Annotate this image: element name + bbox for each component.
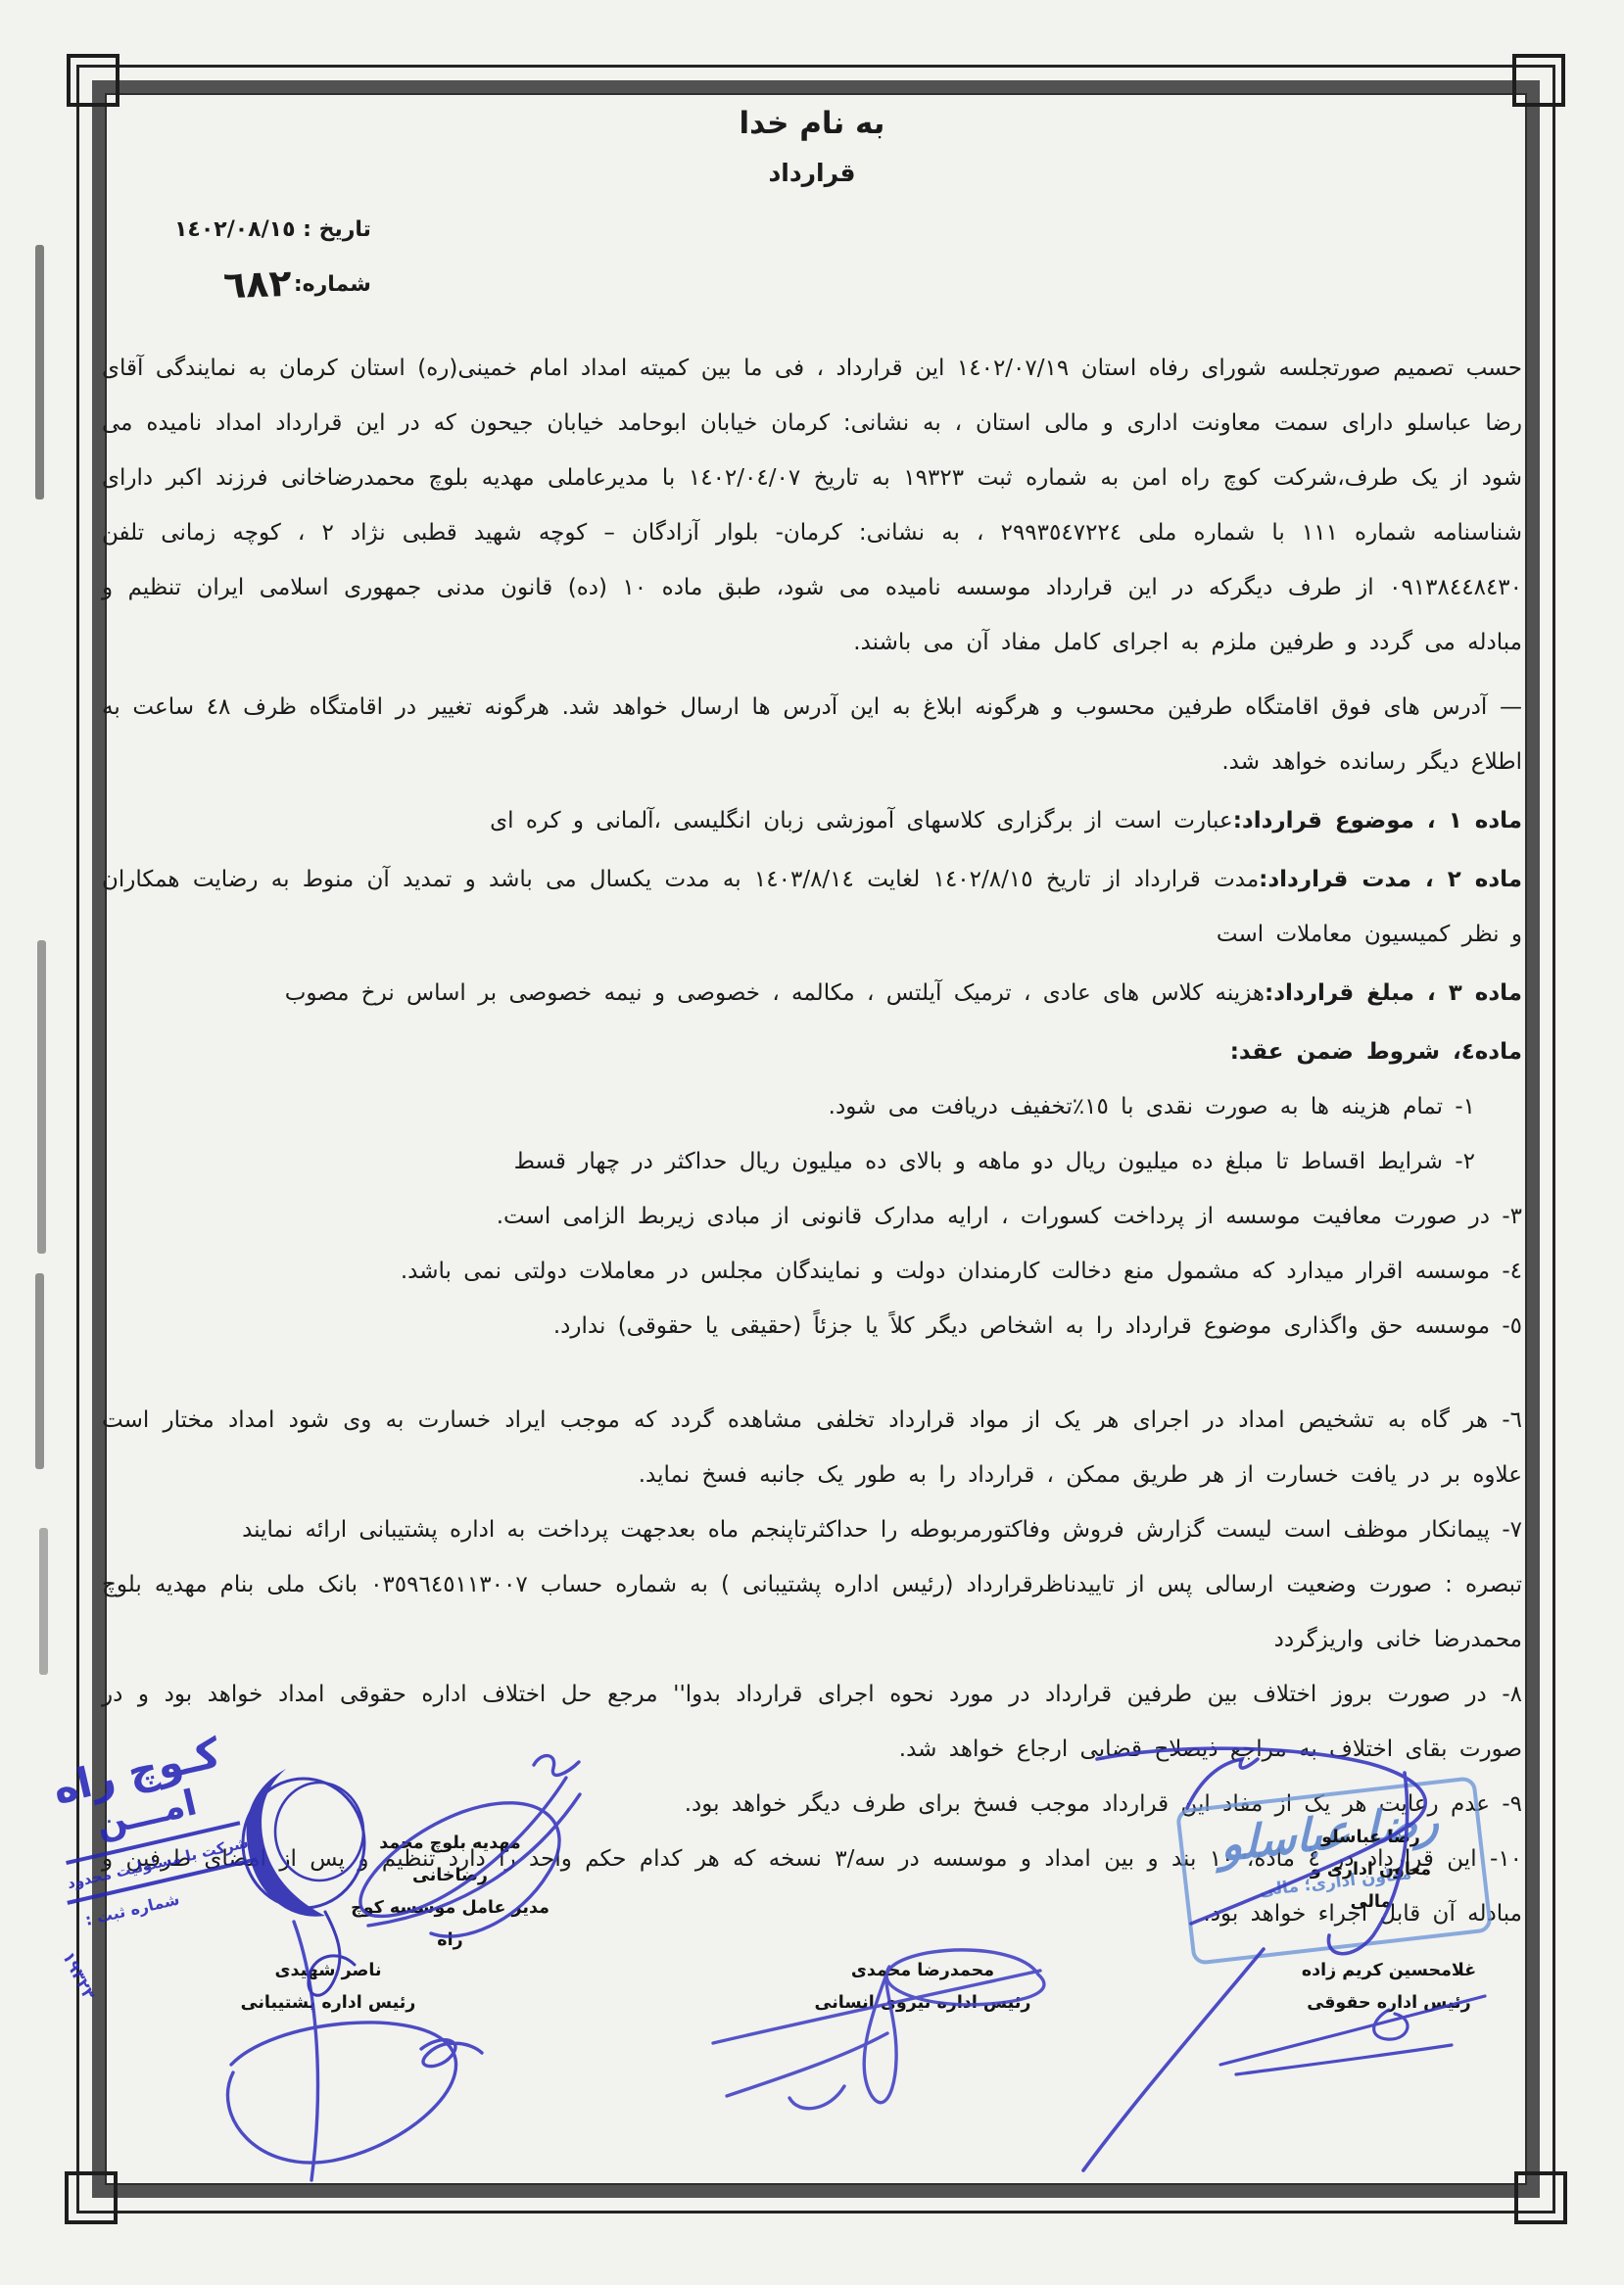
contract-number-handwritten: ٦٨٢ <box>223 268 293 300</box>
contract-date: تاریخ : ١٤٠٢/٠٨/١٥ <box>174 217 371 242</box>
signature-block-support-head: ناصر شهیدی رئیس اداره پشتیبانی <box>235 1955 421 2020</box>
article-label: ماده ٣ ، مبلغ قرارداد: <box>1265 980 1522 1006</box>
body-block: ماده ٣ ، مبلغ قرارداد:هزینه کلاس های عاد… <box>102 966 1522 1021</box>
signatory-name: رضا عباسلو <box>1295 1822 1447 1854</box>
frame-corner-ornament <box>67 54 119 107</box>
document-header: به نام خدا قرارداد <box>0 106 1624 187</box>
scan-artifact <box>35 1273 44 1469</box>
body-block: ٨- در صورت بروز اختلاف بین طرفین قرارداد… <box>102 1667 1522 1777</box>
signatory-title: رئیس اداره حقوقی <box>1291 1987 1487 2020</box>
body-block: ماده٤، شروط ضمن عقد: <box>102 1024 1522 1079</box>
signature-block-managing-director: مهدیه بلوچ محمد رضاخانی مدیر عامل موسسه … <box>345 1828 555 1957</box>
body-block: حسب تصمیم صورتجلسه شورای رفاه استان ١٤٠٢… <box>102 341 1522 670</box>
body-block: ماده ١ ، موضوع قرارداد:عبارت است از برگز… <box>102 793 1522 848</box>
signatory-title: معاون اداری و مالی <box>1295 1854 1447 1919</box>
contract-number-row: شماره: ٦٨٢ <box>174 269 371 299</box>
body-block: ٥- موسسه حق واگذاری موضوع قرارداد را به … <box>102 1299 1522 1354</box>
body-block: ماده ٢ ، مدت قرارداد:مدت قرارداد از تاری… <box>102 852 1522 962</box>
frame-corner-ornament <box>65 2171 118 2224</box>
frame-corner-ornament <box>1512 54 1565 107</box>
article-label: ماده ٢ ، مدت قرارداد: <box>1259 867 1522 892</box>
signatory-name: محمدرضا محمدی <box>801 1955 1044 1987</box>
signatory-name: غلامحسین کریم زاده <box>1291 1955 1487 1987</box>
signatory-name: مهدیه بلوچ محمد رضاخانی <box>345 1828 555 1892</box>
contract-number-label: شماره: <box>294 272 371 297</box>
signatory-title: رئیس اداره پشتیبانی <box>235 1987 421 2020</box>
body-block: ٤- موسسه اقرار میدارد که مشمول منع دخالت… <box>102 1244 1522 1299</box>
document-title: قرارداد <box>0 159 1624 187</box>
signature-block-legal-head: غلامحسین کریم زاده رئیس اداره حقوقی <box>1291 1955 1487 2020</box>
body-block: ٦- هر گاه به تشخیص امداد در اجرای هر یک … <box>102 1393 1522 1502</box>
contract-body: حسب تصمیم صورتجلسه شورای رفاه استان ١٤٠٢… <box>102 341 1522 1941</box>
signatory-title: مدیر عامل موسسه کوچ راه <box>345 1892 555 1957</box>
scanned-contract-page: به نام خدا قرارداد تاریخ : ١٤٠٢/٠٨/١٥ شم… <box>0 0 1624 2285</box>
body-block: تبصره : صورت وضعیت ارسالی پس از تاییدناظ… <box>102 1557 1522 1667</box>
body-block: — آدرس های فوق اقامتگاه طرفین محسوب و هر… <box>102 680 1522 789</box>
article-label: ماده٤، شروط ضمن عقد: <box>1230 1039 1522 1065</box>
scan-artifact <box>37 940 46 1254</box>
body-block: ٣- در صورت معافیت موسسه از پرداخت کسورات… <box>102 1189 1522 1244</box>
signature-block-deputy: رضا عباسلو معاون اداری و مالی <box>1295 1822 1447 1919</box>
body-block: ٢- شرایط اقساط تا مبلغ ده میلیون ریال دو… <box>102 1134 1522 1189</box>
frame-corner-ornament <box>1514 2171 1567 2224</box>
scan-artifact <box>39 1528 48 1675</box>
body-block: ١- تمام هزینه ها به صورت نقدی با ١٥٪تخفی… <box>102 1079 1522 1134</box>
body-block: ٧- پیمانکار موظف است لیست گزارش فروش وفا… <box>102 1502 1522 1557</box>
signature-block-hr-head: محمدرضا محمدی رئیس اداره نیروی انسانی <box>801 1955 1044 2020</box>
bismillah-title: به نام خدا <box>0 106 1624 141</box>
document-meta: تاریخ : ١٤٠٢/٠٨/١٥ شماره: ٦٨٢ <box>174 217 371 299</box>
signatory-title: رئیس اداره نیروی انسانی <box>801 1987 1044 2020</box>
article-label: ماده ١ ، موضوع قرارداد: <box>1233 808 1522 833</box>
signatory-name: ناصر شهیدی <box>235 1955 421 1987</box>
scan-artifact <box>35 245 44 500</box>
